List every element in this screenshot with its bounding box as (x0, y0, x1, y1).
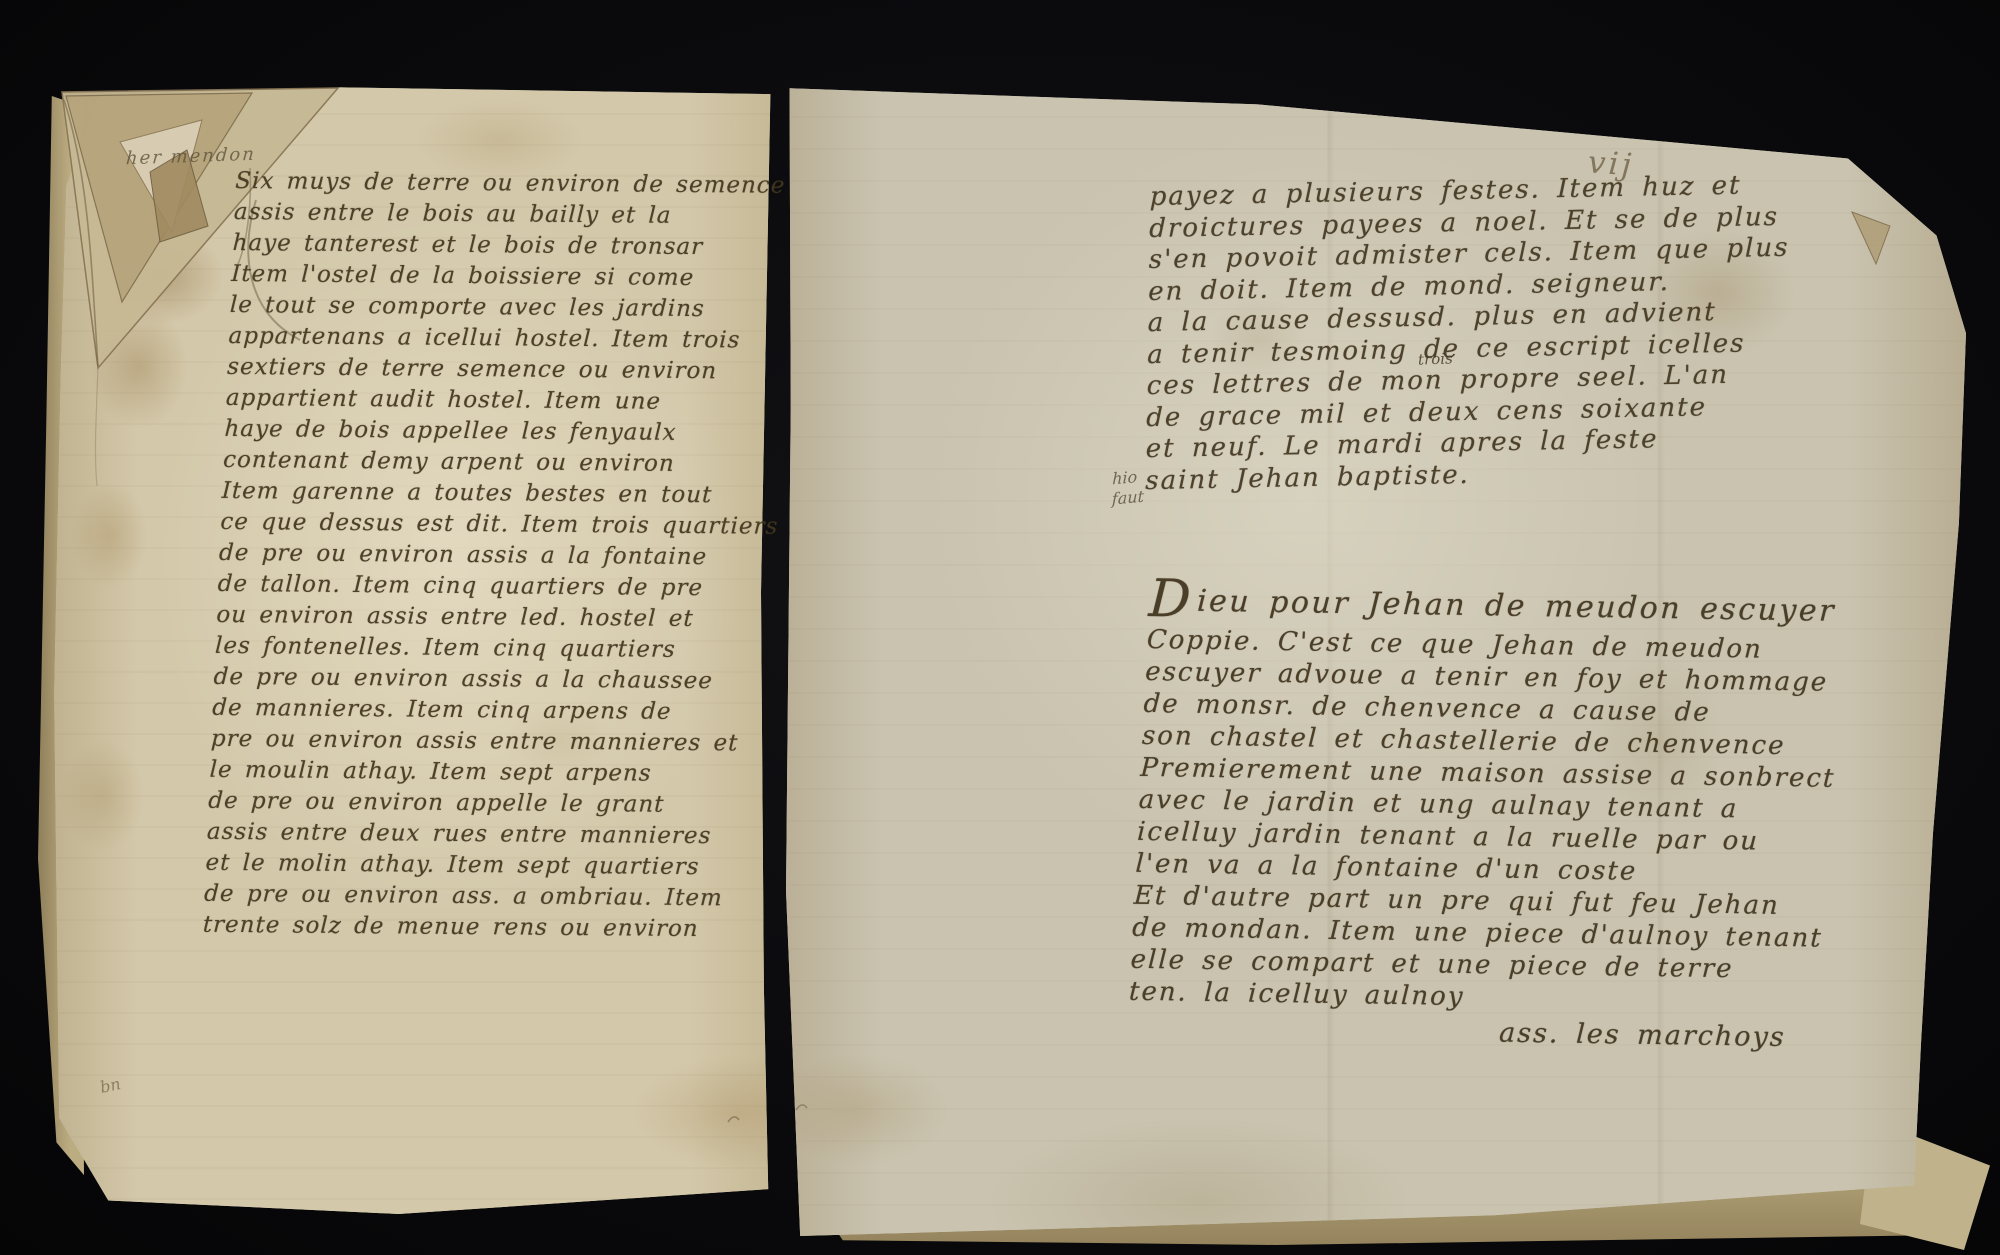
manuscript-line: haye tanterest et le bois de tronsar (232, 228, 781, 264)
paragraph-closing-line: ass. les marchoys (1498, 1018, 1918, 1057)
manuscript-line: de pre ou environ appelle le grant (208, 786, 757, 822)
manuscript-line: Item l'ostel de la boissiere si come (231, 259, 780, 295)
manuscript-line: de pre ou environ ass. a ombriau. Item (204, 879, 753, 915)
manuscript-line: contenant demy arpent ou environ (222, 445, 771, 481)
manuscript-line: de pre ou environ assis a la chaussee (213, 662, 762, 698)
right-margin-note-line: faut (1112, 487, 1144, 510)
paragraph-lines: Coppie. C'est ce que Jehan de meudonescu… (1128, 624, 1937, 1020)
manuscript-line: de tallon. Item cinq quartiers de pre (217, 569, 766, 605)
manuscript-line: ou environ assis entre led. hostel et (216, 600, 765, 636)
manuscript-line: pre ou environ assis entre mannieres et (210, 724, 759, 760)
manuscript-line: haye de bois appellee les fenyaulx (224, 414, 773, 450)
manuscript-photo: vij her mendon hio faut bn trois Six muy… (0, 0, 2000, 1255)
manuscript-line: appartient audit hostel. Item une (225, 383, 774, 419)
manuscript-line: sextiers de terre semence ou environ (227, 352, 776, 388)
manuscript-line: de pre ou environ assis a la fontaine (218, 538, 767, 574)
manuscript-line: et le molin athay. Item sept quartiers (205, 848, 754, 884)
manuscript-line: de mannieres. Item cinq arpens de (212, 693, 761, 729)
manuscript-line: le tout se comporte avec les jardins (229, 290, 778, 326)
manuscript-line: ce que dessus est dit. Item trois quarti… (220, 507, 769, 543)
manuscript-line: Item garenne a toutes bestes en tout (221, 476, 770, 512)
manuscript-line: trente solz de menue rens ou environ (202, 910, 751, 946)
right-margin-note: hio faut (1112, 466, 1145, 509)
opening-line-text: ieu pour Jehan de meudon escuyer (1196, 584, 1837, 629)
right-page-paragraph-1: payez a plusieurs festes. Item huz etdro… (1145, 168, 1890, 497)
manuscript-line: appartenans a icellui hostel. Item trois (228, 321, 777, 357)
manuscript-line: les fontenelles. Item cinq quartiers (214, 631, 763, 667)
calligraphic-initial: D (1147, 569, 1194, 630)
manuscript-line: le moulin athay. Item sept arpens (209, 755, 758, 791)
manuscript-line: Six muys de terre ou environ de semence (235, 166, 784, 202)
manuscript-line: assis entre deux rues entre mannieres (206, 817, 755, 853)
right-page-paragraph-2: Dieu pour Jehan de meudon escuyer Coppie… (1126, 578, 1939, 1056)
left-page-text: Six muys de terre ou environ de semencea… (202, 166, 784, 946)
manuscript-line: assis entre le bois au bailly et la (233, 197, 782, 233)
